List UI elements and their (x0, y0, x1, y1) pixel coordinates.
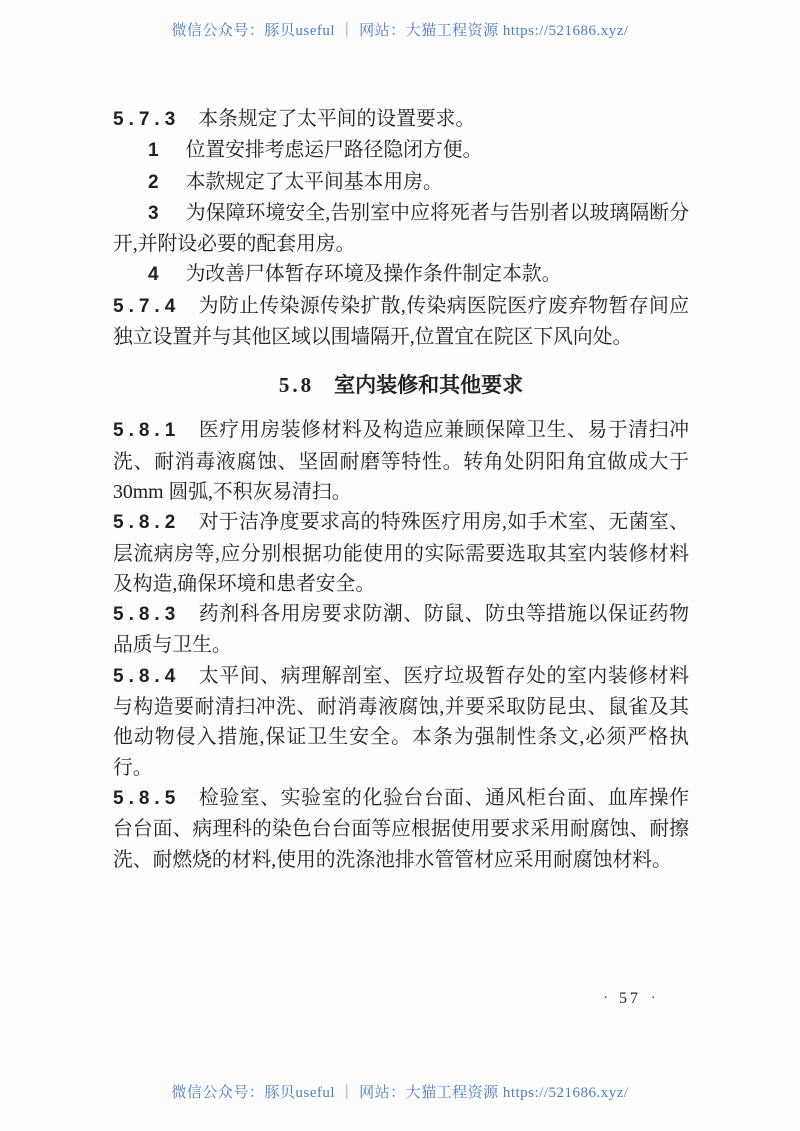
clause-number: 5.8.4 (113, 666, 180, 687)
footer-watermark: 微信公众号：豚贝useful ｜ 网站：大猫工程资源 https://52168… (0, 1081, 800, 1102)
item-number: 2 (148, 172, 159, 193)
paragraph-text: 本款规定了太平间基本用房。 (186, 171, 443, 193)
clause-paragraph: 5.7.3本条规定了太平间的设置要求。 (113, 104, 689, 135)
section-heading: 5.8室内装修和其他要求 (113, 368, 689, 402)
paragraph-text: 为改善尸体暂存环境及操作条件制定本款。 (186, 263, 562, 285)
sub-item-paragraph: 1位置安排考虑运尸路径隐闭方便。 (113, 135, 689, 166)
clause-number: 5.7.3 (113, 109, 180, 130)
clause-number: 5.8.2 (113, 512, 180, 533)
sub-item-paragraph: 4为改善尸体暂存环境及操作条件制定本款。 (113, 259, 689, 290)
header-watermark: 微信公众号：豚贝useful ｜ 网站：大猫工程资源 https://52168… (0, 19, 800, 40)
document-page: 微信公众号：豚贝useful ｜ 网站：大猫工程资源 https://52168… (0, 0, 800, 1131)
paragraph-text: 位置安排考虑运尸路径隐闭方便。 (186, 139, 483, 161)
item-number: 1 (148, 140, 159, 161)
paragraph-text: 本条规定了太平间的设置要求。 (198, 108, 475, 130)
clause-number: 5.8.3 (113, 604, 180, 625)
clause-number: 5.8 (279, 373, 314, 397)
paragraph-text: 太平间、病理解剖室、医疗垃圾暂存处的室内装修材料与构造要耐清扫冲洗、耐消毒液腐蚀… (113, 665, 689, 779)
clause-number: 5.7.4 (113, 296, 180, 317)
clause-paragraph: 5.7.4为防止传染源传染扩散,传染病医院医疗废弃物暂存间应独立设置并与其他区域… (113, 291, 689, 353)
clause-paragraph: 5.8.1医疗用房装修材料及构造应兼顾保障卫生、易于清扫冲洗、耐消毒液腐蚀、坚固… (113, 415, 689, 507)
clause-paragraph: 5.8.3药剂科各用房要求防潮、防鼠、防虫等措施以保证药物品质与卫生。 (113, 599, 689, 661)
clause-paragraph: 5.8.4太平间、病理解剖室、医疗垃圾暂存处的室内装修材料与构造要耐清扫冲洗、耐… (113, 661, 689, 783)
paragraph-text: 医疗用房装修材料及构造应兼顾保障卫生、易于清扫冲洗、耐消毒液腐蚀、坚固耐磨等特性… (113, 419, 689, 503)
page-number-left-dot: · (603, 991, 609, 1006)
clause-paragraph: 5.8.5检验室、实验室的化验台台面、通风柜台面、血库操作台台面、病理科的染色台… (113, 783, 689, 875)
clause-number: 5.8.5 (113, 788, 180, 809)
paragraph-text: 检验室、实验室的化验台台面、通风柜台面、血库操作台台面、病理科的染色台台面等应根… (113, 787, 689, 871)
page-number-value: 57 (619, 990, 641, 1007)
document-body: 5.7.3本条规定了太平间的设置要求。1位置安排考虑运尸路径隐闭方便。2本款规定… (113, 104, 689, 875)
item-number: 4 (148, 264, 159, 285)
sub-item-paragraph: 2本款规定了太平间基本用房。 (113, 167, 689, 198)
clause-number: 5.8.1 (113, 420, 180, 441)
clause-paragraph: 5.8.2对于洁净度要求高的特殊医疗用房,如手术室、无菌室、层流病房等,应分别根… (113, 507, 689, 599)
page-number: ·57· (585, 990, 675, 1008)
item-number: 3 (148, 203, 159, 224)
page-number-right-dot: · (651, 991, 657, 1006)
section-heading-text: 室内装修和其他要求 (334, 373, 523, 397)
sub-item-paragraph: 3为保障环境安全,告别室中应将死者与告别者以玻璃隔断分开,并附设必要的配套用房。 (113, 198, 689, 260)
paragraph-text: 药剂科各用房要求防潮、防鼠、防虫等措施以保证药物品质与卫生。 (113, 603, 689, 656)
paragraph-text: 为保障环境安全,告别室中应将死者与告别者以玻璃隔断分开,并附设必要的配套用房。 (113, 202, 689, 255)
paragraph-text: 为防止传染源传染扩散,传染病医院医疗废弃物暂存间应独立设置并与其他区域以围墙隔开… (113, 295, 689, 348)
paragraph-text: 对于洁净度要求高的特殊医疗用房,如手术室、无菌室、层流病房等,应分别根据功能使用… (113, 511, 689, 595)
